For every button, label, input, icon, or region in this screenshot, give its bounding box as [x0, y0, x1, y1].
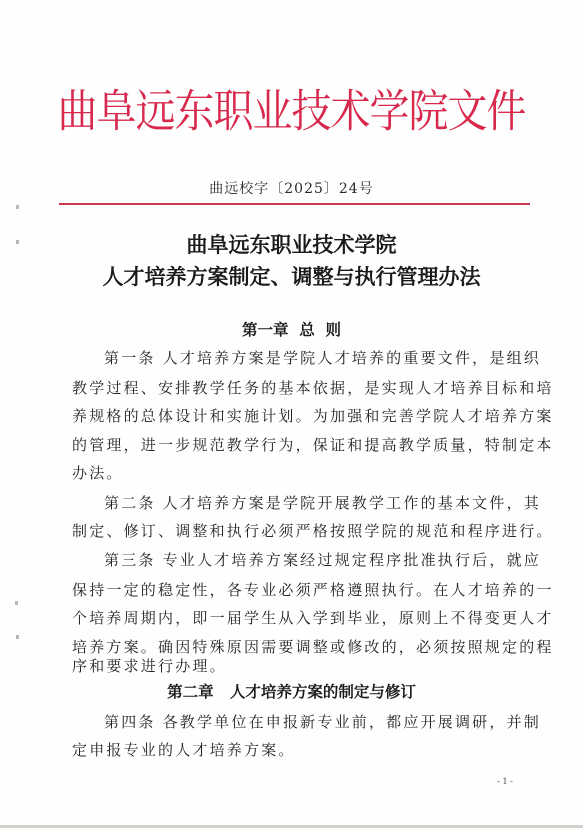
document-title-line-1: 曲阜远东职业技术学院	[0, 232, 583, 258]
article-2-line: 第二条 人才培养方案是学院开展教学工作的基本文件，其	[104, 493, 554, 513]
article-3-line: 培养方案。确因特殊原因需要调整或修改的，必须按照规定的程	[72, 637, 522, 657]
chapter-2-heading: 第二章 人才培养方案的制定与修订	[0, 682, 583, 702]
article-3-line: 第三条 专业人才培养方案经过规定程序批准执行后，就应	[104, 550, 554, 570]
document-number: 曲远校字〔2025〕24号	[0, 180, 583, 198]
page-number: - 1 -	[490, 777, 520, 787]
binding-hole-mark	[16, 635, 19, 639]
article-2-line: 制定、修订、调整和执行必须严格按照学院的规范和程序进行。	[72, 521, 522, 541]
article-1-line: 教学过程、安排教学任务的基本依据，是实现人才培养目标和培	[72, 378, 522, 398]
article-1-line: 养规格的总体设计和实施计划。为加强和完善学院人才培养方案	[72, 406, 522, 426]
article-4-line: 第四条 各教学单位在申报新专业前，都应开展调研，并制	[104, 712, 554, 732]
article-4-line: 定申报专业的人才培养方案。	[72, 740, 522, 760]
document-title-line-2: 人才培养方案制定、调整与执行管理办法	[0, 264, 583, 290]
article-1-line: 第一条 人才培养方案是学院人才培养的重要文件，是组织	[104, 348, 554, 368]
article-1-line: 办法。	[72, 463, 522, 483]
red-divider-rule	[59, 203, 530, 205]
article-1-line: 的管理，进一步规范教学行为，保证和提高教学质量，特制定本	[72, 435, 522, 455]
binding-hole-mark	[16, 205, 19, 209]
binding-hole-mark	[16, 240, 19, 244]
article-3-line: 序和要求进行办理。	[72, 656, 522, 676]
article-3-line: 个培养周期内，即一届学生从入学到毕业，原则上不得变更人才	[72, 608, 522, 628]
binding-hole-mark	[15, 601, 18, 605]
article-3-line: 保持一定的稳定性，各专业必须严格遵照执行。在人才培养的一	[72, 580, 522, 600]
document-page: 曲阜远东职业技术学院文件 曲远校字〔2025〕24号 曲阜远东职业技术学院 人才…	[0, 0, 583, 828]
chapter-1-heading: 第一章 总 则	[0, 320, 583, 340]
institution-banner: 曲阜远东职业技术学院文件	[0, 76, 583, 148]
